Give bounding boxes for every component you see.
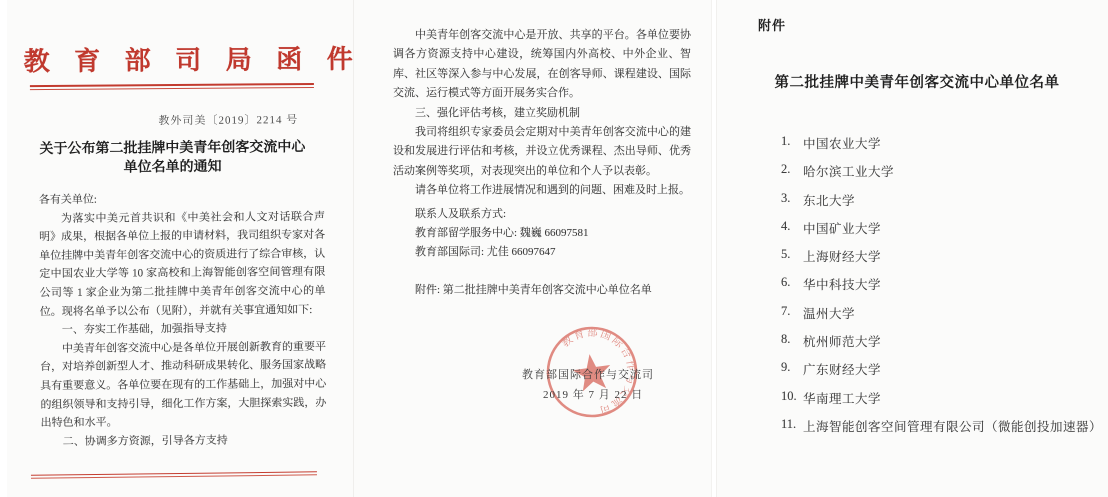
item-name: 温州大学 [803, 304, 855, 322]
item-name: 东北大学 [803, 191, 855, 209]
item-name: 华南理工大学 [803, 389, 881, 407]
attachment-label: 附件 [758, 15, 786, 34]
item-name: 中国农业大学 [803, 134, 881, 152]
item-number: 1. [781, 134, 803, 149]
attachment-list-title: 第二批挂牌中美青年创客交流中心单位名单 [747, 71, 1087, 92]
item-name: 中国矿业大学 [803, 219, 881, 237]
document-number: 教外司美〔2019〕2214 号 [6, 111, 298, 129]
page-footer-double-rule [31, 471, 317, 478]
item-number: 9. [781, 360, 803, 375]
item-number: 10. [781, 389, 803, 404]
scanned-page-3-attachment: 附件 第二批挂牌中美青年创客交流中心单位名单 1. 中国农业大学 2. 哈尔滨工… [716, 0, 1108, 497]
signing-department: 教育部国际合作与交流司 [522, 366, 654, 382]
item-name: 华中科技大学 [803, 275, 881, 293]
section-heading-3: 三、强化评估考核，建立奖励机制 [393, 104, 691, 123]
scanned-page-1: 教 育 部 司 局 函 件 教外司美〔2019〕2214 号 关于公布第二批挂牌… [7, 0, 354, 497]
item-number: 2. [781, 162, 803, 177]
document-title-line2: 单位名单的通知 [16, 157, 328, 178]
list-item: 7. 温州大学 [781, 304, 1099, 332]
page-1-content: 教 育 部 司 局 函 件 教外司美〔2019〕2214 号 关于公布第二批挂牌… [5, 0, 355, 497]
item-number: 5. [781, 247, 803, 262]
section-heading-2: 二、协调多方资源，引导各方支持 [41, 431, 327, 452]
list-item: 3. 东北大学 [781, 191, 1099, 219]
item-number: 6. [781, 275, 803, 290]
page-1-body: 各有关单位: 为落实中美元首共识和《中美社会和人文对话联合声明》成果，根据各单位… [39, 189, 327, 452]
item-name: 上海智能创客空间管理有限公司（微能创投加速器） [803, 417, 1102, 435]
list-item: 11. 上海智能创客空间管理有限公司（微能创投加速器） [781, 417, 1099, 445]
contact-heading: 联系人及联系方式: [393, 205, 691, 224]
item-name: 上海财经大学 [803, 247, 881, 265]
item-number: 7. [781, 304, 803, 319]
list-item: 5. 上海财经大学 [781, 247, 1099, 275]
document-title: 关于公布第二批挂牌中美青年创客交流中心 单位名单的通知 [16, 138, 328, 178]
list-item: 6. 华中科技大学 [781, 275, 1099, 303]
contact-line-international-dept: 教育部国际司: 尤佳 66097647 [393, 243, 691, 262]
page-2-body: 中美青年创客交流中心是开放、共享的平台。各单位要协调各方资源支持中心建设，统筹国… [393, 26, 691, 300]
ministry-letterhead-title: 教 育 部 司 局 函 件 [24, 39, 324, 78]
item-number: 8. [781, 332, 803, 347]
list-item: 10. 华南理工大学 [781, 389, 1099, 417]
paragraph: 中美青年创客交流中心是开放、共享的平台。各单位要协调各方资源支持中心建设，统筹国… [393, 26, 691, 104]
letterhead-double-rule [30, 83, 314, 90]
section-heading-1: 一、夯实工作基础，加强指导支持 [40, 319, 326, 340]
item-number: 3. [781, 191, 803, 206]
item-number: 4. [781, 219, 803, 234]
item-name: 广东财经大学 [803, 360, 881, 378]
list-item: 4. 中国矿业大学 [781, 219, 1099, 247]
signing-date: 2019 年 7 月 22 日 [543, 386, 643, 402]
scanned-page-2: 中美青年创客交流中心是开放、共享的平台。各单位要协调各方资源支持中心建设，统筹国… [354, 0, 712, 497]
item-number: 11. [781, 417, 803, 432]
contact-line-study-abroad-center: 教育部留学服务中心: 魏巍 66097581 [393, 224, 691, 243]
list-item: 8. 杭州师范大学 [781, 332, 1099, 360]
item-name: 杭州师范大学 [803, 332, 881, 350]
list-item: 2. 哈尔滨工业大学 [781, 162, 1099, 190]
salutation: 各有关单位: [39, 189, 325, 210]
list-item: 9. 广东财经大学 [781, 360, 1099, 388]
paragraph: 为落实中美元首共识和《中美社会和人文对话联合声明》成果，根据各单位上报的申请材料… [39, 207, 326, 321]
paragraph: 中美青年创客交流中心是各单位开展创新教育的重要平台，对培养创新型人才、推动科研成… [40, 338, 327, 433]
rule-thin-line [30, 87, 314, 90]
paragraph: 请各单位将工作进展情况和遇到的问题、困难及时上报。 [393, 181, 691, 200]
paragraph: 我司将组织专家委员会定期对中美青年创客交流中心的建设和发展进行评估和考核，并设立… [393, 123, 691, 181]
list-item: 1. 中国农业大学 [781, 134, 1099, 162]
unit-list: 1. 中国农业大学 2. 哈尔滨工业大学 3. 东北大学 4. 中国矿业大学 5… [781, 134, 1099, 445]
attachment-reference: 附件: 第二批挂牌中美青年创客交流中心单位名单 [393, 281, 691, 300]
item-name: 哈尔滨工业大学 [803, 162, 894, 180]
document-title-line1: 关于公布第二批挂牌中美青年创客交流中心 [16, 138, 328, 159]
